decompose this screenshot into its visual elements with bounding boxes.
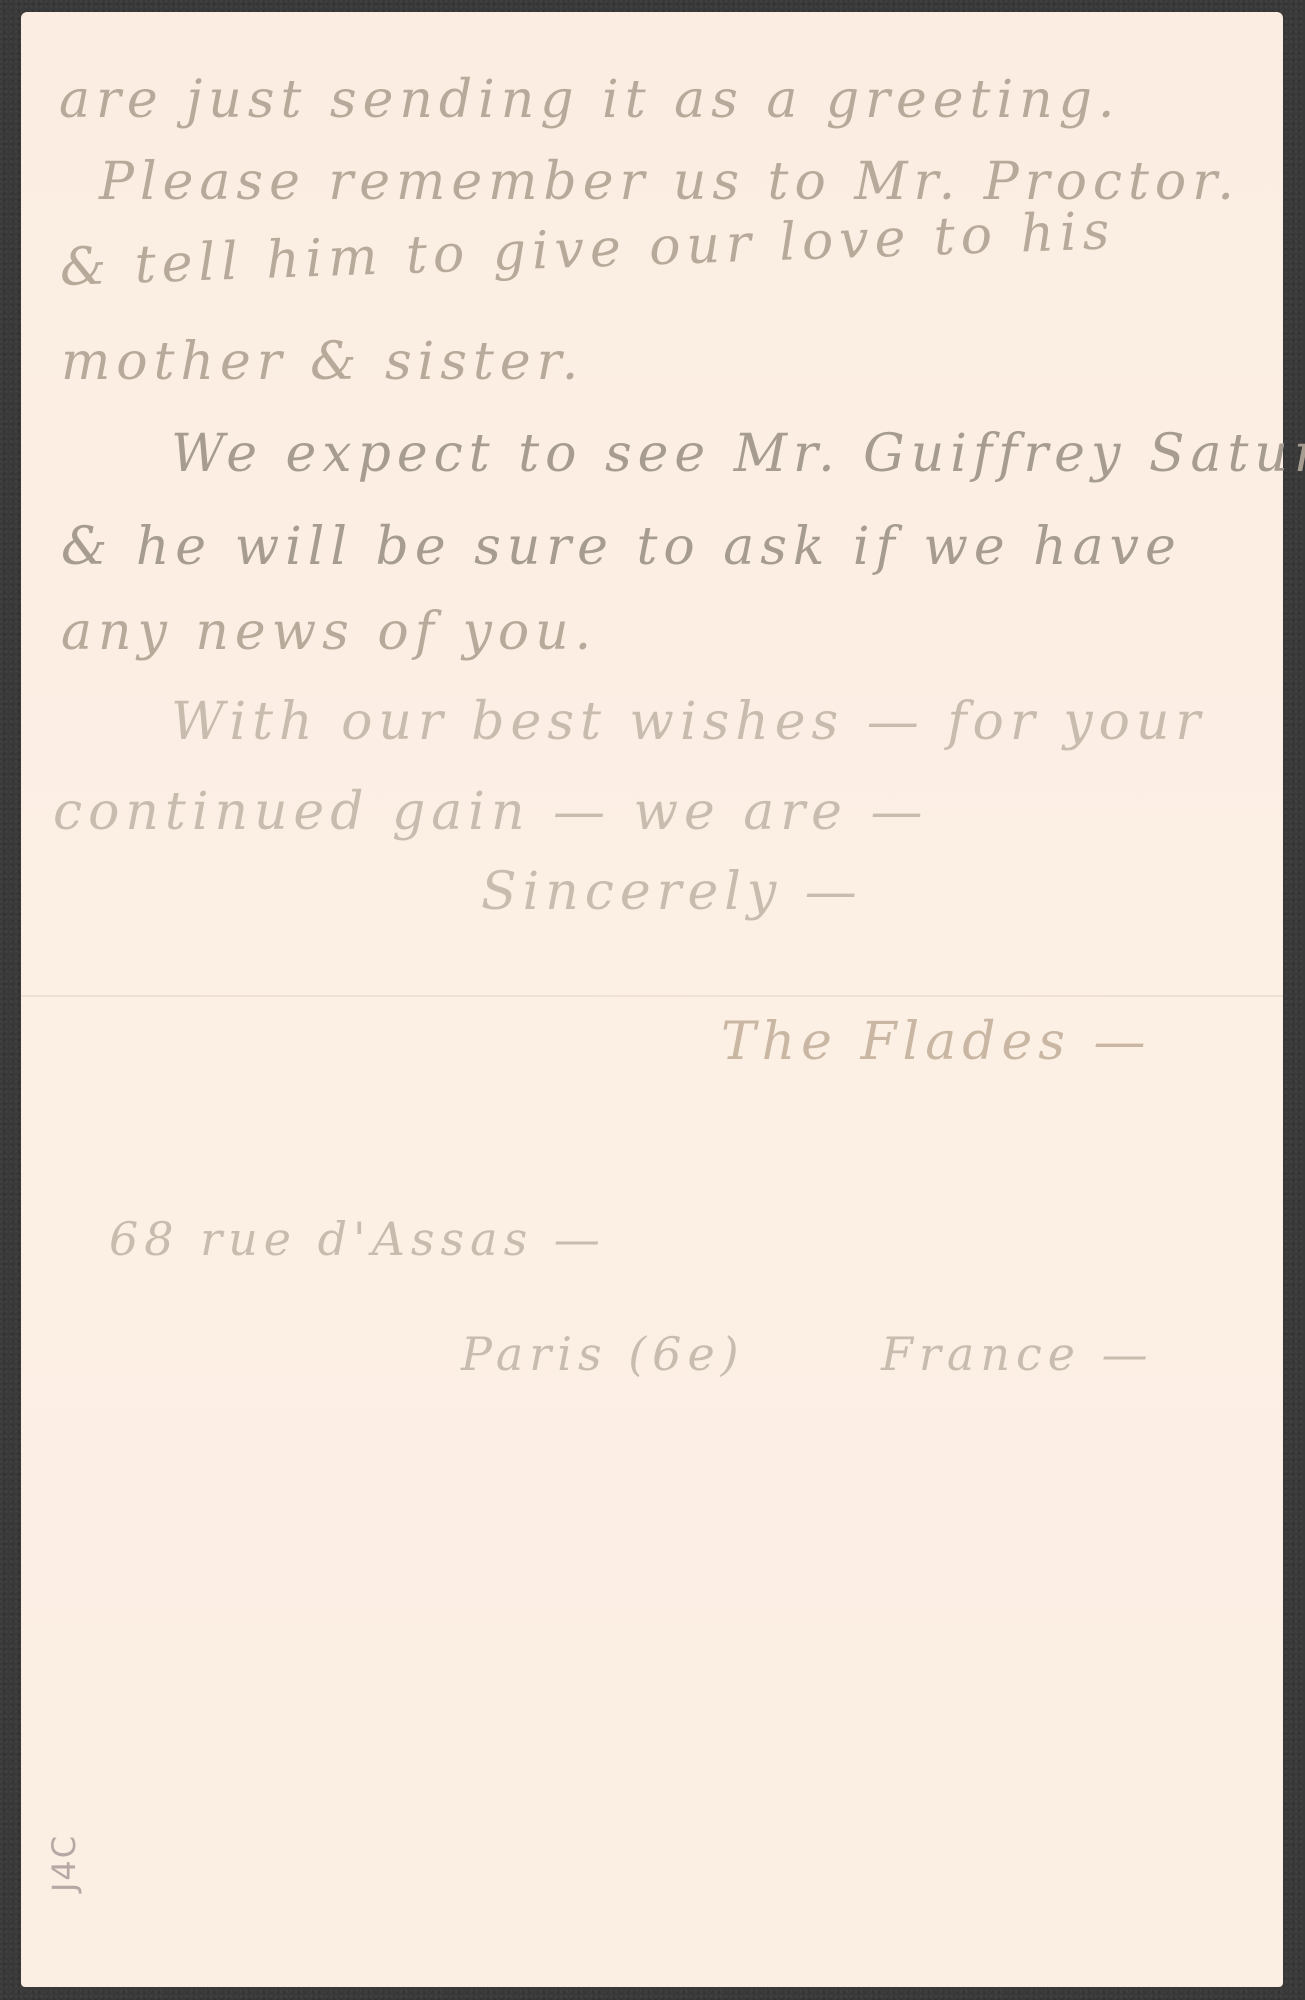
paper-fold-line xyxy=(21,995,1283,997)
address-country: France — xyxy=(881,1327,1154,1381)
letter-line-1: are just sending it as a greeting. xyxy=(59,70,1120,130)
address-street: 68 rue d'Assas — xyxy=(109,1212,606,1266)
letter-page: are just sending it as a greeting. Pleas… xyxy=(21,12,1283,1987)
accession-mark: J4C xyxy=(45,1834,83,1892)
letter-line-5: We expect to see Mr. Guiffrey Saturday. xyxy=(171,424,1305,484)
letter-line-6: & he will be sure to ask if we have xyxy=(61,517,1182,577)
address-city: Paris (6e) xyxy=(461,1327,745,1381)
letter-line-4: mother & sister. xyxy=(61,332,584,392)
letter-line-3: & tell him to give our love to his xyxy=(59,201,1116,298)
letter-line-7: any news of you. xyxy=(61,602,597,662)
letter-closing: Sincerely — xyxy=(481,862,863,922)
letter-line-9: continued gain — we are — xyxy=(53,782,928,842)
letter-line-8: With our best wishes — for your xyxy=(171,692,1206,752)
letter-signature: The Flades — xyxy=(721,1012,1151,1072)
